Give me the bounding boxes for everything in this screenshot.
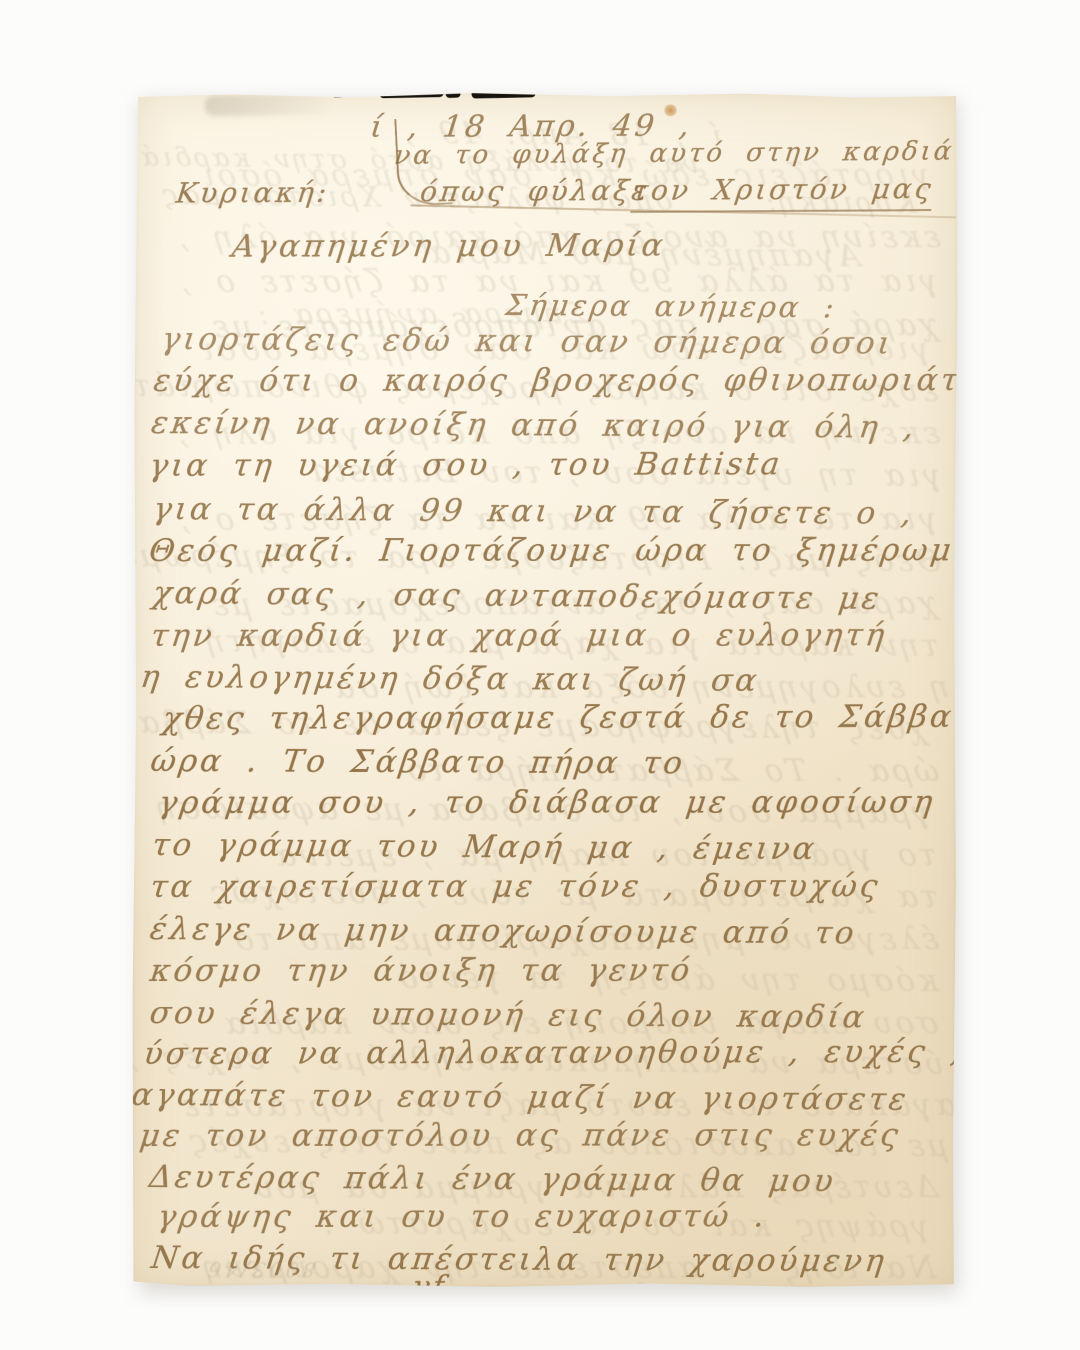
pencil-inventory-mark: 8003/46 [204,1257,317,1281]
handwriting-text: Κυριακή: [175,176,332,210]
handwriting-layer: ί , 18 Απρ. 49 ,να το φυλάξη αυτό στην κ… [131,91,958,1289]
handwriting-text: για τη υγειά σου , του Battista [148,446,785,484]
handwriting-text: έλεγε να μην αποχωρίσουμε από το [148,911,859,951]
letter-page: ί , 18 Απρ. 49 ,να το φυλάξη αυτό στην κ… [131,91,958,1289]
handwriting-text: την καρδιά για χαρά μια ο ευλογητή [149,617,889,654]
handwriting-text: η ευλογημένη δόξα και ζωή σα [139,659,762,699]
handwriting-text: γιορτάζεις εδώ και σαν σήμερα όσοι [160,321,896,361]
handwriting-text: Θεός μαζί. Γιορτάζουμε ώρα το ξημέρωμα , [147,532,1015,569]
handwriting-text: γράψης και συ το ευχαριστώ . [155,1198,769,1235]
handwriting-text: γράμμα σου , το διάβασα με αφοσίωση [157,784,938,821]
handwriting-text: να το φυλάξη αυτό στην καρδιά σου. [393,136,1047,171]
handwriting-text: για τα άλλα 99 και να τα ζήσετε ο , [151,491,916,532]
black-ink-marks [135,91,959,93]
black-ink-mark [471,89,535,98]
handwriting-text: τα χαιρετίσματα με τόνε , δυστυχώς [148,868,882,905]
handwriting-text: χθες τηλεγραφήσαμε ζεστά δε το Σάββατο [161,699,998,737]
black-ink-mark [379,89,443,98]
handwriting-text: το γράμμα του Μαρή μα , έμεινα [150,827,819,867]
handwriting-text: ύστερα να αλληλοκατανοηθούμε , ευχές , [142,1034,966,1072]
handwriting-text: εύχε ότι ο καιρός βροχερός φθινοπωριάτο [152,362,985,399]
handwriting-text: κόσμο την άνοιξη τα γεντό [148,952,694,988]
handwriting-text: με τον αποστόλου ας πάνε στις ευχές [138,1117,903,1154]
handwriting-text: ώρα . Το Σάββατο πήρα το [148,743,687,781]
stain-spot [664,104,678,116]
handwriting-text: όπως φύλαξε [419,174,652,208]
handwriting-text: τον Χριστόν μας [630,172,935,213]
handwriting-text: σου έλεγα υπομονή εις όλον καρδία [148,995,869,1035]
handwriting-text: αγαπάτε τον εαυτό μαζί να γιορτάσετε [130,1077,911,1118]
handwriting-text: χαρά σας , σας ανταποδεχόμαστε με [151,575,884,617]
handwriting-text: Αγαπημένη μου Μαρία [230,228,668,265]
handwriting-text: Δευτέρας πάλι ένα γράμμα θα μου [147,1159,838,1199]
handwriting-text: εκείνη να ανοίξη από καιρό για όλη , [149,405,918,446]
black-ink-mark [445,90,460,98]
handwriting-text: Σήμερα ανήμερα : [504,288,839,325]
pencil-smudge-top-left [204,94,332,116]
photo-background: ί , 18 Απρ. 49 ,να το φυλάξη αυτό στην κ… [0,0,1080,1350]
black-ink-mark [331,89,344,97]
